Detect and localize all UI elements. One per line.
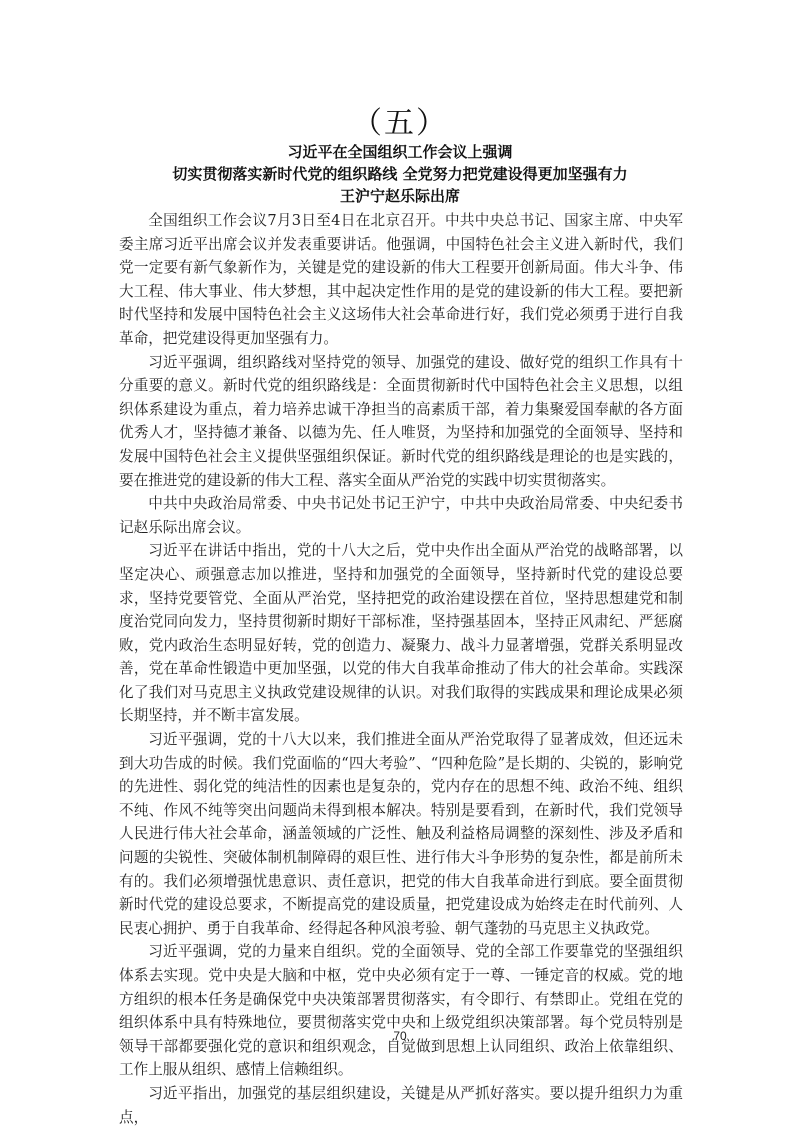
paragraph: 全国组织工作会议7月3日至4日在北京召开。中共中央总书记、国家主席、中央军委主席…: [119, 209, 683, 351]
paragraph: 习近平指出，加强党的基层组织建设，关键是从严抓好落实。要以提升组织力为重点，: [119, 1082, 683, 1129]
headline-line-2: 切实贯彻落实新时代党的组织路线 全党努力把党建设得更加坚强有力: [0, 163, 800, 185]
headline-line-3: 王沪宁赵乐际出席: [0, 185, 800, 207]
headline-line-1: 习近平在全国组织工作会议上强调: [0, 141, 800, 163]
page-number: 70: [0, 1029, 800, 1043]
section-number: （五）: [0, 104, 800, 144]
paragraph: 习近平在讲话中指出，党的十八大之后，党中央作出全面从严治党的战略部署，以坚定决心…: [119, 539, 683, 728]
paragraph: 习近平强调，党的力量来自组织。党的全面领导、党的全部工作要靠党的坚强组织体系去实…: [119, 940, 683, 1082]
article-body: 全国组织工作会议7月3日至4日在北京召开。中共中央总书记、国家主席、中央军委主席…: [119, 209, 683, 1129]
article-headline: 习近平在全国组织工作会议上强调 切实贯彻落实新时代党的组织路线 全党努力把党建设…: [0, 141, 800, 207]
paragraph: 习近平强调，组织路线对坚持党的领导、加强党的建设、做好党的组织工作具有十分重要的…: [119, 351, 683, 493]
document-page: （五） 习近平在全国组织工作会议上强调 切实贯彻落实新时代党的组织路线 全党努力…: [0, 0, 800, 1133]
paragraph: 中共中央政治局常委、中央书记处书记王沪宁，中共中央政治局常委、中央纪委书记赵乐际…: [119, 492, 683, 539]
paragraph: 习近平强调，党的十八大以来，我们推进全面从严治党取得了显著成效，但还远未到大功告…: [119, 728, 683, 940]
